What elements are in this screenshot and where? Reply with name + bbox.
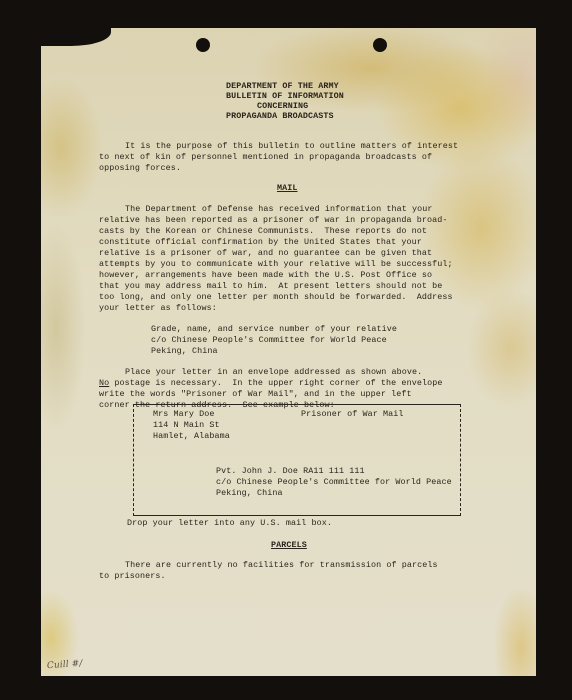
mail-section-title: MAIL xyxy=(277,183,298,193)
pow-mail-marking: Prisoner of War Mail xyxy=(301,409,404,419)
envelope-example: Mrs Mary Doe 114 N Main St Hamlet, Alaba… xyxy=(133,404,461,516)
parcels-section-title: PARCELS xyxy=(271,540,307,550)
recipient-line: Pvt. John J. Doe RA11 111 111 xyxy=(216,466,365,476)
return-address-line: Mrs Mary Doe xyxy=(153,409,215,419)
emphasis-no: No xyxy=(99,378,109,388)
mail-paragraph-line: relative is a prisoner of war, and no gu… xyxy=(99,248,432,258)
handwritten-note: Cuill #/ xyxy=(47,659,83,672)
header-line-2: BULLETIN OF INFORMATION xyxy=(226,91,344,101)
mail-paragraph-line: however, arrangements have been made wit… xyxy=(99,270,432,280)
mail-paragraph-line: too long, and only one letter per month … xyxy=(99,292,453,302)
intro-line: to next of kin of personnel mentioned in… xyxy=(99,152,432,162)
header-line-1: DEPARTMENT OF THE ARMY xyxy=(226,81,339,91)
document-page: DEPARTMENT OF THE ARMY BULLETIN OF INFOR… xyxy=(41,28,536,676)
instructions-text: postage is necessary. In the upper right… xyxy=(109,378,442,388)
header-line-4: PROPAGANDA BROADCASTS xyxy=(226,111,334,121)
instructions-line: No postage is necessary. In the upper ri… xyxy=(99,378,442,388)
recipient-line: Peking, China xyxy=(216,488,283,498)
intro-line: opposing forces. xyxy=(99,163,181,173)
mail-paragraph-line: constitute official confirmation by the … xyxy=(99,237,422,247)
address-format-line: Peking, China xyxy=(151,346,218,356)
document-text: DEPARTMENT OF THE ARMY BULLETIN OF INFOR… xyxy=(41,28,536,676)
mail-paragraph-line: that you may address mail to him. At pre… xyxy=(99,281,442,291)
instructions-line: Place your letter in an envelope address… xyxy=(125,367,422,377)
instructions-line: write the words "Prisoner of War Mail", … xyxy=(99,389,412,399)
return-address-line: Hamlet, Alabama xyxy=(153,431,230,441)
address-format-line: Grade, name, and service number of your … xyxy=(151,324,397,334)
mail-paragraph-line: The Department of Defense has received i… xyxy=(125,204,433,214)
mail-closing: Drop your letter into any U.S. mail box. xyxy=(127,518,332,528)
header-line-3: CONCERNING xyxy=(257,101,308,111)
mail-paragraph-line: casts by the Korean or Chinese Communist… xyxy=(99,226,427,236)
mail-paragraph-line: relative has been reported as a prisoner… xyxy=(99,215,448,225)
intro-line: It is the purpose of this bulletin to ou… xyxy=(125,141,458,151)
recipient-line: c/o Chinese People's Committee for World… xyxy=(216,477,452,487)
return-address-line: 114 N Main St xyxy=(153,420,220,430)
mail-paragraph-line: your letter as follows: xyxy=(99,303,217,313)
mail-paragraph-line: attempts by you to communicate with your… xyxy=(99,259,453,269)
address-format-line: c/o Chinese People's Committee for World… xyxy=(151,335,387,345)
parcels-line: to prisoners. xyxy=(99,571,166,581)
parcels-line: There are currently no facilities for tr… xyxy=(125,560,438,570)
